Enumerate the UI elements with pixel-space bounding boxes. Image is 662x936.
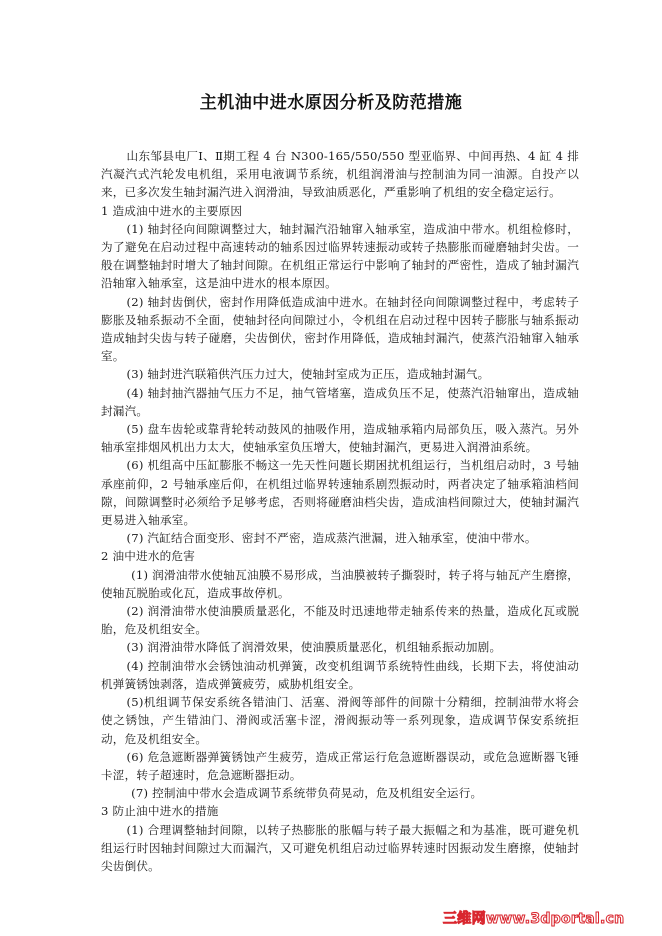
- document-page: 主机油中进水原因分析及防范措施 山东邹县电厂Ⅰ、Ⅱ期工程 4 台 N300-16…: [0, 0, 662, 936]
- hazard-item-2: (2) 润滑油带水使油膜质量恶化，不能及时迅速地带走轴系传来的热量，造成化瓦或脱…: [101, 602, 579, 638]
- section-heading-measures: 3 防止油中进水的措施: [101, 802, 579, 820]
- hazard-item-1: (1) 润滑油带水使轴瓦油膜不易形成，当油膜被转子撕裂时，转子将与轴瓦产生磨擦，…: [101, 566, 579, 602]
- section-heading-causes: 1 造成油中进水的主要原因: [101, 202, 579, 220]
- cause-item-4: (4) 轴封抽汽器抽气压力不足，抽气管堵塞，造成负压不足，使蒸汽沿轴窜出，造成轴…: [101, 384, 579, 420]
- cause-item-6: (6) 机组高中压缸膨胀不畅这一先天性问题长期困扰机组运行，当机组启动时，3 号…: [101, 456, 579, 529]
- cause-item-5: (5) 盘车齿轮或靠背轮转动鼓风的抽吸作用，造成轴承箱内局部负压，吸入蒸汽。另外…: [101, 420, 579, 456]
- site-watermark: 三维网www.3dportal.cn: [443, 908, 624, 928]
- measure-item-1: (1) 合理调整轴封间隙，以转子热膨胀的胀幅与转子最大振幅之和为基准，既可避免机…: [101, 821, 579, 876]
- cause-item-1: (1) 轴封径向间隙调整过大，轴封漏汽沿轴窜入轴承室，造成油中带水。机组检修时，…: [101, 220, 579, 293]
- hazard-item-4: (4) 控制油带水会锈蚀油动机弹簧，改变机组调节系统特性曲线，长期下去，将使油动…: [101, 657, 579, 693]
- hazard-item-7: (7) 控制油中带水会造成调节系统带负荷晃动，危及机组安全运行。: [101, 784, 579, 802]
- document-title: 主机油中进水原因分析及防范措施: [0, 88, 662, 113]
- hazard-item-5: (5)机组调节保安系统各错油门、活塞、滑阀等部件的间隙十分精细，控制油带水将会使…: [101, 693, 579, 748]
- hazard-item-6: (6) 危急遮断器弹簧锈蚀产生疲劳，造成正常运行危急遮断器误动，或危急遮断器飞锤…: [101, 748, 579, 784]
- hazard-item-3: (3) 润滑油带水降低了润滑效果，使油膜质量恶化，机组轴系振动加剧。: [101, 638, 579, 656]
- intro-paragraph: 山东邹县电厂Ⅰ、Ⅱ期工程 4 台 N300-165/550/550 型亚临界、中…: [101, 147, 579, 202]
- cause-item-3: (3) 轴封进汽联箱供汽压力过大，使轴封室成为正压，造成轴封漏气。: [101, 365, 579, 383]
- cause-item-2: (2) 轴封齿倒伏，密封作用降低造成油中进水。在轴封径向间隙调整过程中，考虑转子…: [101, 293, 579, 366]
- cause-item-7: (7) 汽缸结合面变形、密封不严密，造成蒸汽泄漏，进入轴承室，使油中带水。: [101, 529, 579, 547]
- section-heading-hazards: 2 油中进水的危害: [101, 547, 579, 565]
- document-body: 山东邹县电厂Ⅰ、Ⅱ期工程 4 台 N300-165/550/550 型亚临界、中…: [101, 147, 579, 875]
